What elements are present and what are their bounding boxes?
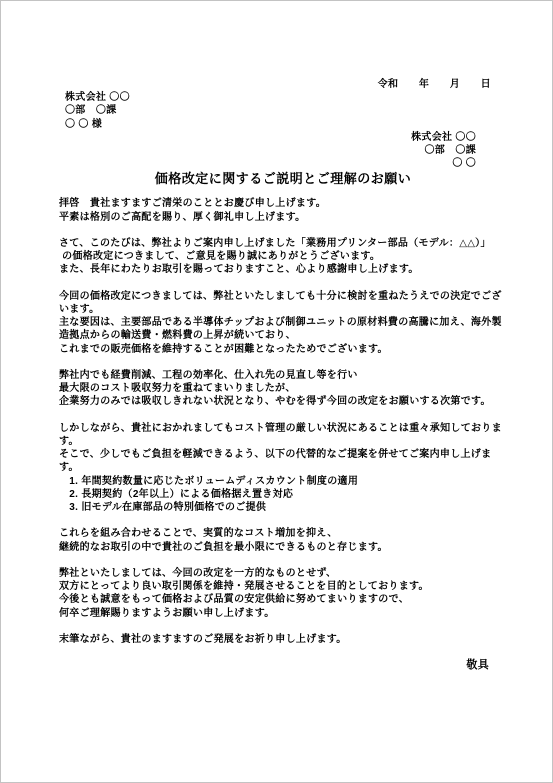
closing-word: 敬具 <box>59 659 507 672</box>
sender-company: 株式会社 〇〇 <box>59 131 476 144</box>
letter-body: 拝啓 貴社ますますご清栄のこととお慶び申し上げます。 平素は格別のご高配を賜り、… <box>59 197 507 646</box>
paragraph-cost-efforts: 弊社内でも経費削減、工程の効率化、仕入れ先の見直し等を行い 最大限のコスト吸収努… <box>59 369 507 409</box>
sender-block: 株式会社 〇〇 〇部 〇課 〇 〇 <box>59 131 507 171</box>
sender-name: 〇 〇 <box>59 157 476 170</box>
paragraph-greeting: 拝啓 貴社ますますご清栄のこととお慶び申し上げます。 平素は格別のご高配を賜り、… <box>59 197 507 223</box>
letter-title: 価格改定に関するご説明とご理解のお願い <box>59 170 507 187</box>
paragraph-reason: 今回の価格改定につきましては、弊社といたしましても十分に検討を重ねたうえでの決定… <box>59 290 507 356</box>
paragraph-final-remark: 末筆ながら、貴社のますますのご発展をお祈り申し上げます。 <box>59 633 507 646</box>
recipient-name: 〇 〇 様 <box>65 118 507 131</box>
paragraph-intent: 弊社といたしましては、今回の改定を一方的なものとせず、 双方にとってより良い取引… <box>59 567 507 620</box>
paragraph-intro: さて、このたびは、弊社よりご案内申し上げました「業務用プリンター部品（モデル：△… <box>59 237 507 277</box>
recipient-company: 株式会社 〇〇 <box>65 91 507 104</box>
paragraph-benefit: これらを組み合わせることで、実質的なコスト増加を抑え、 継続的なお取引の中で貴社… <box>59 527 507 553</box>
paragraph-proposals: しかしながら、貴社におかれましてもコスト管理の厳しい状況にあることは重々承知して… <box>59 422 507 514</box>
letter-document: 令和 年 月 日 株式会社 〇〇 〇部 〇課 〇 〇 様 株式会社 〇〇 〇部 … <box>0 0 553 783</box>
sender-department: 〇部 〇課 <box>59 144 476 157</box>
date-line: 令和 年 月 日 <box>59 78 507 91</box>
recipient-department: 〇部 〇課 <box>65 104 507 117</box>
recipient-block: 株式会社 〇〇 〇部 〇課 〇 〇 様 <box>65 91 507 131</box>
